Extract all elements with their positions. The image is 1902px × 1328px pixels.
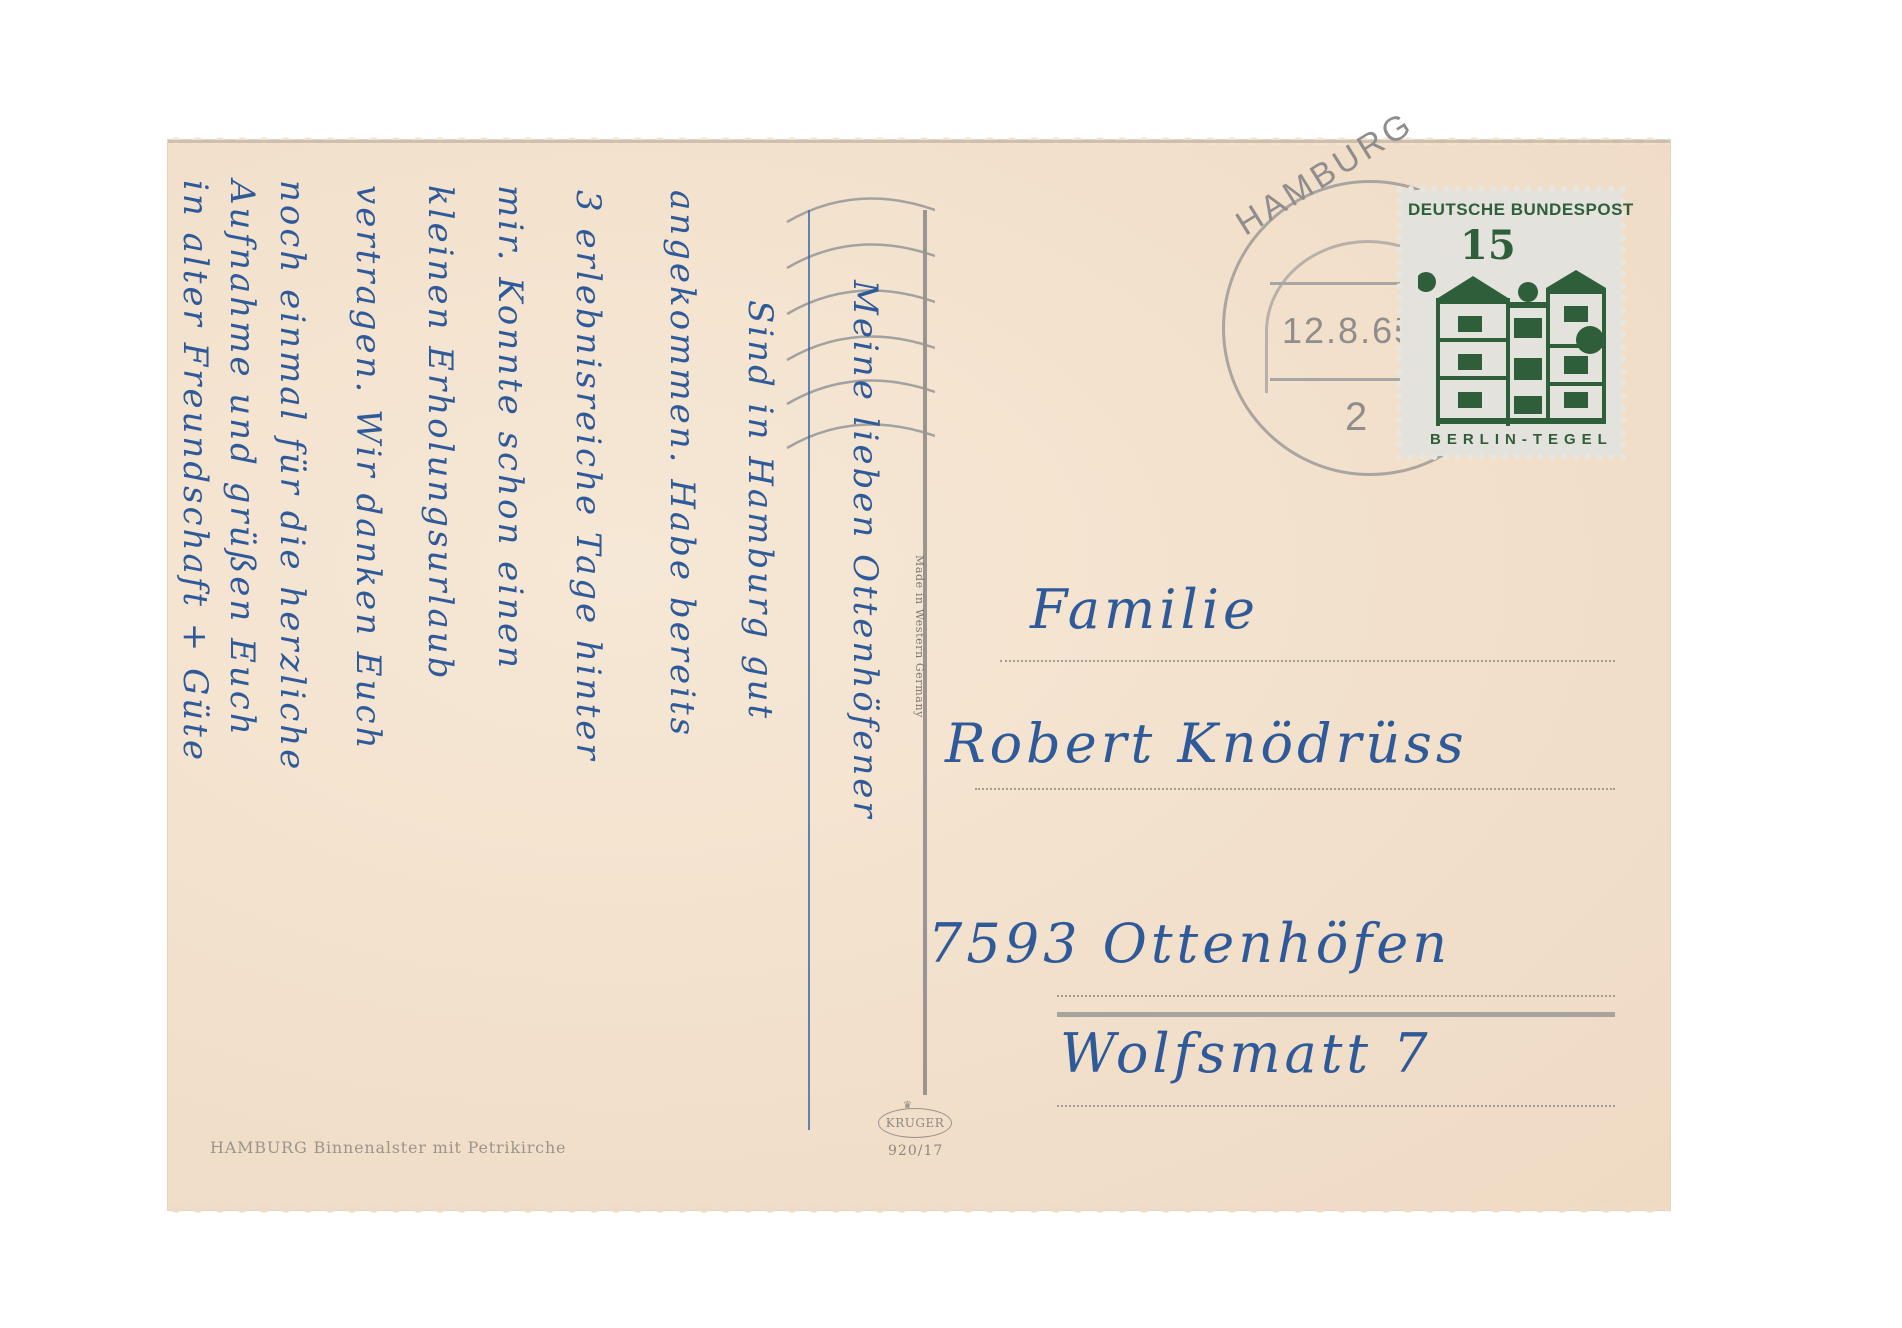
stamp-value: 15 [1460, 222, 1516, 269]
address-line [1000, 660, 1615, 662]
message-line: mir. Konnte schon einen [490, 185, 530, 671]
message-line: Aufnahme und grüßen Euch [222, 180, 262, 738]
made-in-label: Made in Western Germany [913, 555, 926, 755]
stamp-subject: BERLIN-TEGEL [1430, 431, 1613, 448]
message-line: vertragen. Wir danken Euch [348, 185, 388, 751]
stamp-country: DEUTSCHE BUNDESPOST [1408, 200, 1634, 220]
message-line: 3 erlebnisreiche Tage hinter [568, 190, 608, 763]
address-line [975, 788, 1615, 790]
card-edge [168, 140, 1670, 143]
address-line-2: Robert Knödrüss [945, 712, 1468, 775]
address-line-1: Familie [1030, 578, 1259, 641]
address-line [1057, 1105, 1615, 1107]
picture-caption: HAMBURG Binnenalster mit Petrikirche [210, 1138, 566, 1157]
pen-line [808, 210, 810, 1130]
building-icon [1418, 268, 1608, 426]
message-line: angekommen. Habe bereits [662, 190, 702, 738]
message-line: Sind in Hamburg gut [740, 300, 780, 721]
publisher-logo: KRUGER [878, 1108, 952, 1138]
series-number: 920/17 [888, 1143, 943, 1159]
postmark-office: 2 [1345, 395, 1367, 440]
message-line: in alter Freundschaft + Güte [175, 180, 215, 763]
address-bar [1057, 1012, 1615, 1017]
address-line-4: Wolfsmatt 7 [1060, 1022, 1432, 1085]
message-line: kleinen Erholungsurlaub [420, 185, 460, 681]
message-line: noch einmal für die herzliche [272, 180, 312, 772]
address-line-3: 7593 Ottenhöfen [928, 912, 1451, 975]
address-line [1057, 995, 1615, 997]
message-line: Meine lieben Ottenhöfener [845, 280, 885, 821]
postage-stamp: DEUTSCHE BUNDESPOST 15 BERLIN-TEGEL [1400, 190, 1622, 456]
